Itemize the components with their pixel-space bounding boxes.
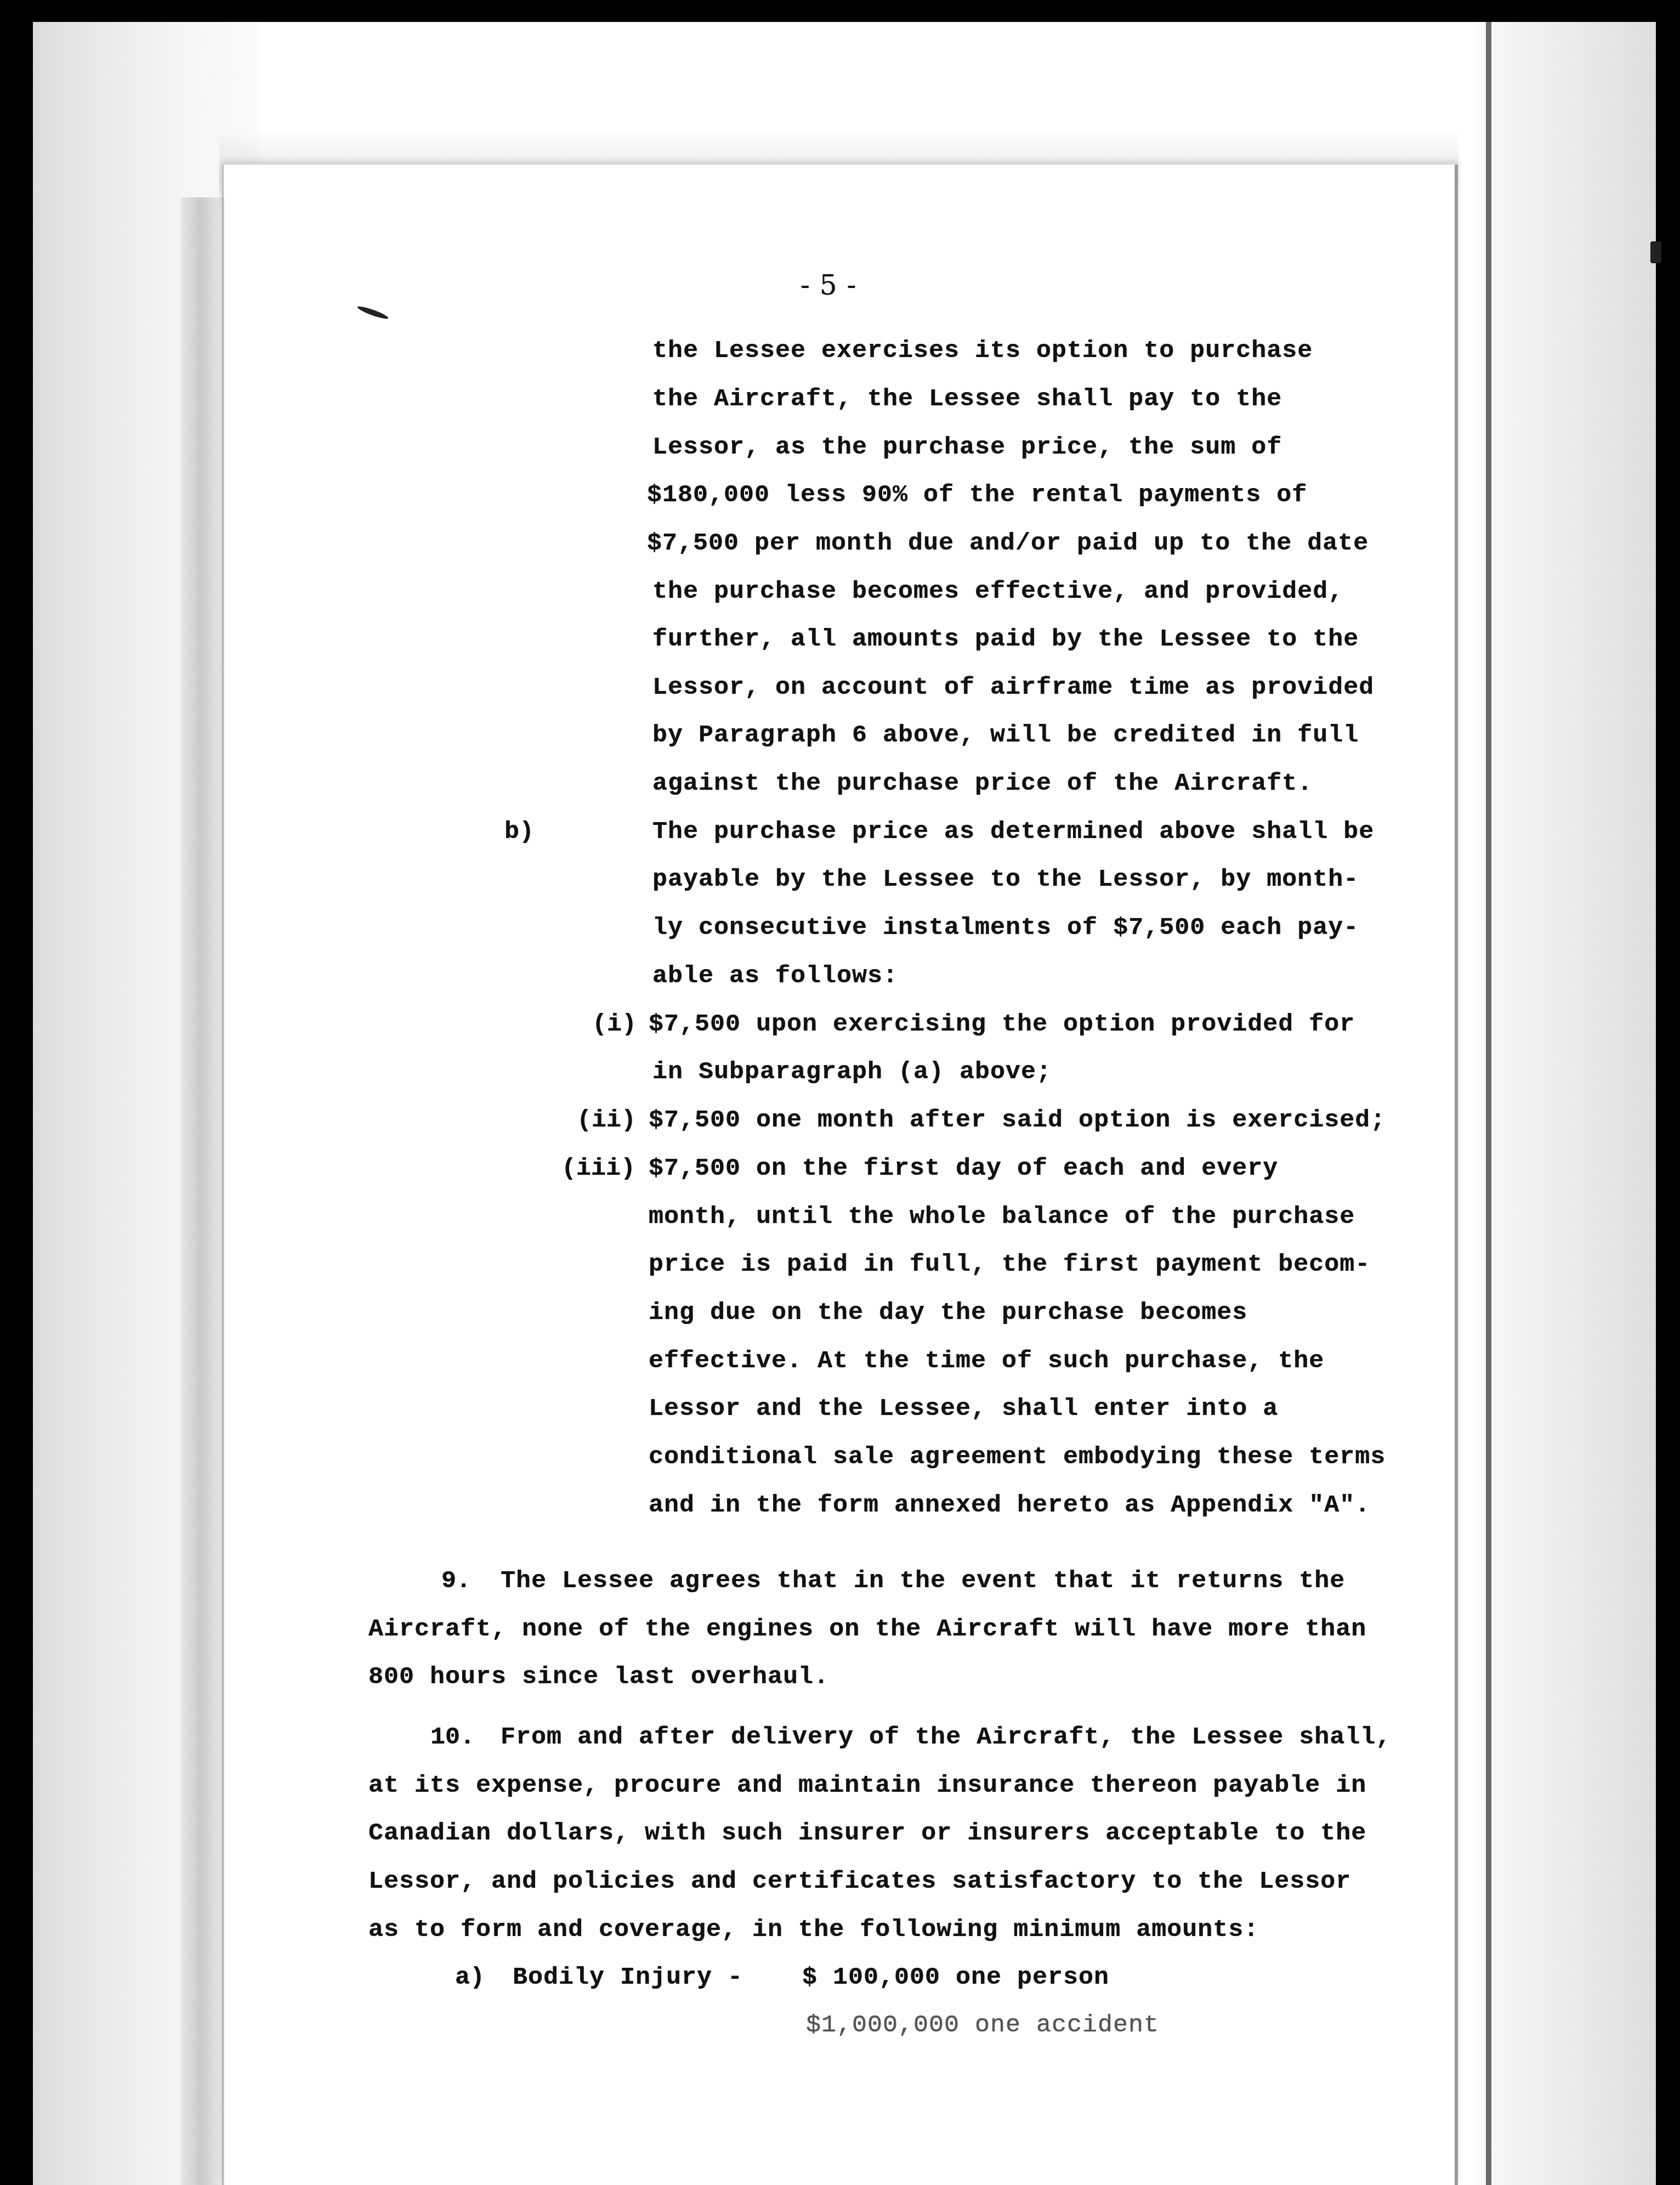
binding-line: [1486, 22, 1491, 2185]
text-line: $180,000 less 90% of the rental payments…: [647, 483, 1307, 507]
text-line: From and after delivery of the Aircraft,…: [501, 1725, 1391, 1750]
item-label: (i): [592, 1012, 637, 1037]
text-line: ly consecutive instalments of $7,500 eac…: [652, 915, 1359, 940]
text-line: further, all amounts paid by the Lessee …: [652, 627, 1359, 652]
text-line: month, until the whole balance of the pu…: [649, 1204, 1355, 1229]
text-line: 800 hours since last overhaul.: [368, 1665, 829, 1689]
scan-speck: [1650, 241, 1661, 263]
text-line: The Lessee agrees that in the event that…: [501, 1569, 1345, 1593]
item-label: (iii): [561, 1156, 635, 1181]
coverage-amount: $ 100,000 one person: [802, 1965, 1109, 1990]
text-line: the purchase becomes effective, and prov…: [652, 579, 1343, 604]
text-line: $7,500 upon exercising the option provid…: [649, 1012, 1355, 1037]
text-line: $7,500 per month due and/or paid up to t…: [647, 531, 1369, 556]
page-edge-shadow: [181, 197, 225, 2185]
text-line: The purchase price as determined above s…: [652, 819, 1374, 844]
text-line: price is paid in full, the first payment…: [649, 1252, 1370, 1277]
text-line: in Subparagraph (a) above;: [652, 1060, 1052, 1084]
text-line: $7,500 on the first day of each and ever…: [649, 1156, 1278, 1181]
text-line: as to form and coverage, in the followin…: [368, 1917, 1259, 1942]
coverage-type: Bodily Injury -: [513, 1965, 743, 1990]
clause-number: 9.: [441, 1569, 471, 1593]
text-line: Canadian dollars, with such insurer or i…: [368, 1821, 1366, 1846]
text-line: conditional sale agreement embodying the…: [649, 1445, 1386, 1469]
text-line: ing due on the day the purchase becomes: [649, 1300, 1247, 1325]
text-line: the Aircraft, the Lessee shall pay to th…: [652, 387, 1282, 411]
backing-sheet-right: [1491, 22, 1656, 2185]
text-line: Lessor, on account of airframe time as p…: [652, 675, 1374, 700]
text-line: Lessor, as the purchase price, the sum o…: [652, 435, 1282, 460]
text-line: effective. At the time of such purchase,…: [649, 1349, 1324, 1373]
text-line: Lessor, and policies and certificates sa…: [368, 1869, 1351, 1894]
text-line: able as follows:: [652, 964, 898, 988]
text-line: at its expense, procure and maintain ins…: [368, 1773, 1366, 1798]
text-line: Lessor and the Lessee, shall enter into …: [649, 1396, 1278, 1421]
subparagraph-label: b): [504, 819, 534, 844]
text-line: $7,500 one month after said option is ex…: [649, 1108, 1386, 1133]
text-line: by Paragraph 6 above, will be credited i…: [652, 723, 1359, 748]
text-line: against the purchase price of the Aircra…: [652, 771, 1313, 796]
page-number: - 5 -: [801, 273, 856, 298]
text-line: and in the form annexed hereto as Append…: [649, 1493, 1370, 1518]
text-line: Aircraft, none of the engines on the Air…: [368, 1617, 1366, 1641]
clause-number: 10.: [430, 1725, 475, 1750]
item-label: (ii): [577, 1108, 636, 1133]
coverage-amount: $1,000,000 one accident: [806, 2013, 1159, 2037]
text-line: payable by the Lessee to the Lessor, by …: [652, 867, 1359, 892]
coverage-label: a): [455, 1965, 485, 1990]
text-line: the Lessee exercises its option to purch…: [652, 338, 1313, 363]
